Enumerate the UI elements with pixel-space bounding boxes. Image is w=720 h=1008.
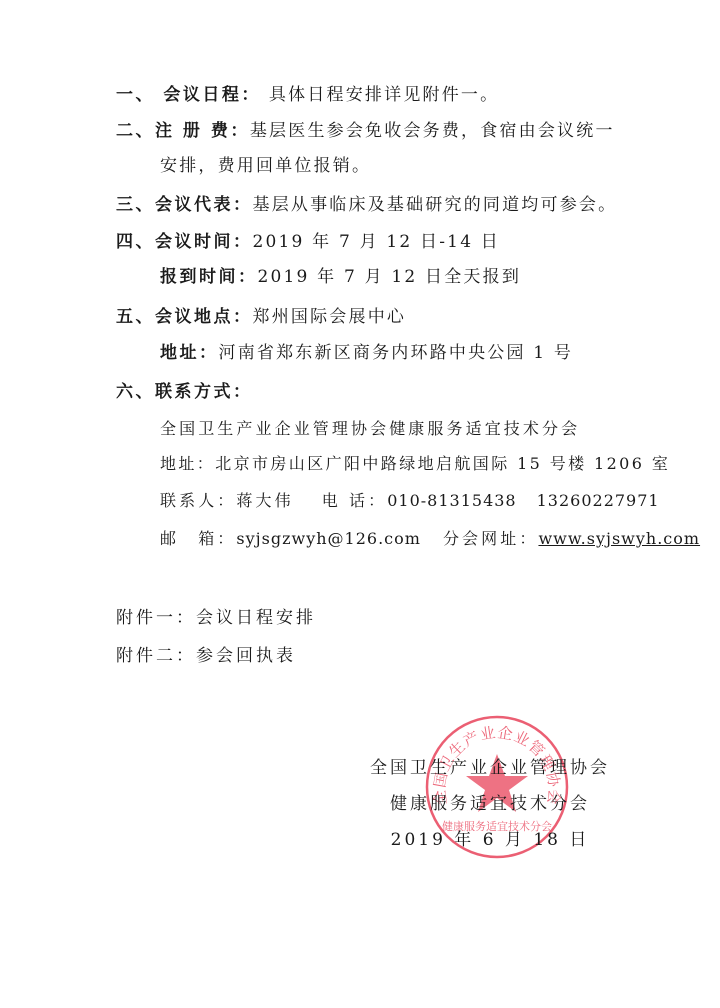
section-registration-time: 报到时间：2019 年 7 月 12 日全天报到	[160, 266, 521, 288]
section-text: 基层医生参会免收会务费，食宿由会议统一	[250, 121, 615, 141]
section-meeting-time: 四、会议时间：2019 年 7 月 12 日-14 日	[116, 231, 500, 253]
attachment-title: 参会回执表	[196, 646, 296, 666]
contact-address: 地址：北京市房山区广阳中路绿地启航国际 15 号楼 1206 室	[160, 453, 670, 475]
signature-organization-line2: 健康服务适宜技术分会	[360, 793, 620, 815]
section-sub-label: 报到时间：	[160, 267, 258, 287]
email-value[interactable]: syjsgzwyh@126.com	[236, 529, 421, 548]
organization-name: 全国卫生产业企业管理协会健康服务适宜技术分会	[160, 419, 580, 438]
signature-organization-line1: 全国卫生产业企业管理协会	[360, 757, 620, 779]
section-venue-address: 地址：河南省郑东新区商务内环路中央公园 1 号	[160, 342, 573, 364]
section-text: 郑州国际会展中心	[253, 307, 407, 327]
section-label: 一、 会议日程：	[116, 85, 261, 105]
person-label: 联系人：	[160, 491, 236, 510]
person-name: 蒋大伟	[236, 491, 293, 510]
contact-person-phone: 联系人：蒋大伟电 话：010-8131543813260227971	[160, 490, 660, 512]
section-text: 具体日程安排详见附件一。	[269, 85, 499, 105]
address-label: 地址：	[160, 454, 215, 473]
section-sub-label: 地址：	[160, 343, 219, 363]
phone-number: 010-81315438	[387, 491, 516, 510]
section-label: 六、联系方式：	[116, 382, 253, 402]
section-registration-fee: 二、注 册 费：基层医生参会免收会务费，食宿由会议统一	[116, 120, 615, 142]
section-contact: 六、联系方式：	[116, 381, 253, 403]
address-value: 北京市房山区广阳中路绿地启航国际 15 号楼 1206 室	[215, 454, 670, 473]
signature-date: 2019 年 6 月 18 日	[360, 829, 620, 851]
section-text: 2019 年 7 月 12 日-14 日	[253, 232, 501, 252]
contact-organization: 全国卫生产业企业管理协会健康服务适宜技术分会	[160, 418, 580, 440]
phone-label: 电 话：	[322, 491, 388, 510]
attachment-label: 附件二：	[116, 646, 196, 666]
section-text: 安排，费用回单位报销。	[160, 156, 371, 176]
section-attendees: 三、会议代表：基层从事临床及基础研究的同道均可参会。	[116, 194, 617, 216]
mobile-number: 13260227971	[537, 491, 660, 510]
section-sub-text: 河南省郑东新区商务内环路中央公园 1 号	[219, 343, 574, 363]
attachment-2: 附件二：参会回执表	[116, 645, 296, 667]
attachment-label: 附件一：	[116, 608, 196, 628]
email-label: 邮 箱：	[160, 529, 236, 548]
signature-text: 健康服务适宜技术分会	[390, 794, 590, 814]
section-venue: 五、会议地点：郑州国际会展中心	[116, 306, 406, 328]
website-label: 分会网址：	[443, 529, 539, 548]
section-label: 三、会议代表：	[116, 195, 253, 215]
signature-date-text: 2019 年 6 月 18 日	[391, 830, 590, 850]
section-label: 五、会议地点：	[116, 307, 253, 327]
section-text: 基层从事临床及基础研究的同道均可参会。	[253, 195, 618, 215]
website-link[interactable]: www.syjswyh.com	[538, 529, 700, 548]
section-label: 四、会议时间：	[116, 232, 253, 252]
section-label: 二、注 册 费：	[116, 121, 250, 141]
section-registration-fee-continuation: 安排，费用回单位报销。	[160, 155, 371, 177]
contact-email-website: 邮 箱：syjsgzwyh@126.com分会网址：www.syjswyh.co…	[160, 528, 700, 550]
section-sub-text: 2019 年 7 月 12 日全天报到	[258, 267, 522, 287]
signature-text: 全国卫生产业企业管理协会	[370, 758, 610, 778]
section-schedule: 一、 会议日程：具体日程安排详见附件一。	[116, 84, 499, 106]
attachment-title: 会议日程安排	[196, 608, 316, 628]
attachment-1: 附件一：会议日程安排	[116, 607, 316, 629]
